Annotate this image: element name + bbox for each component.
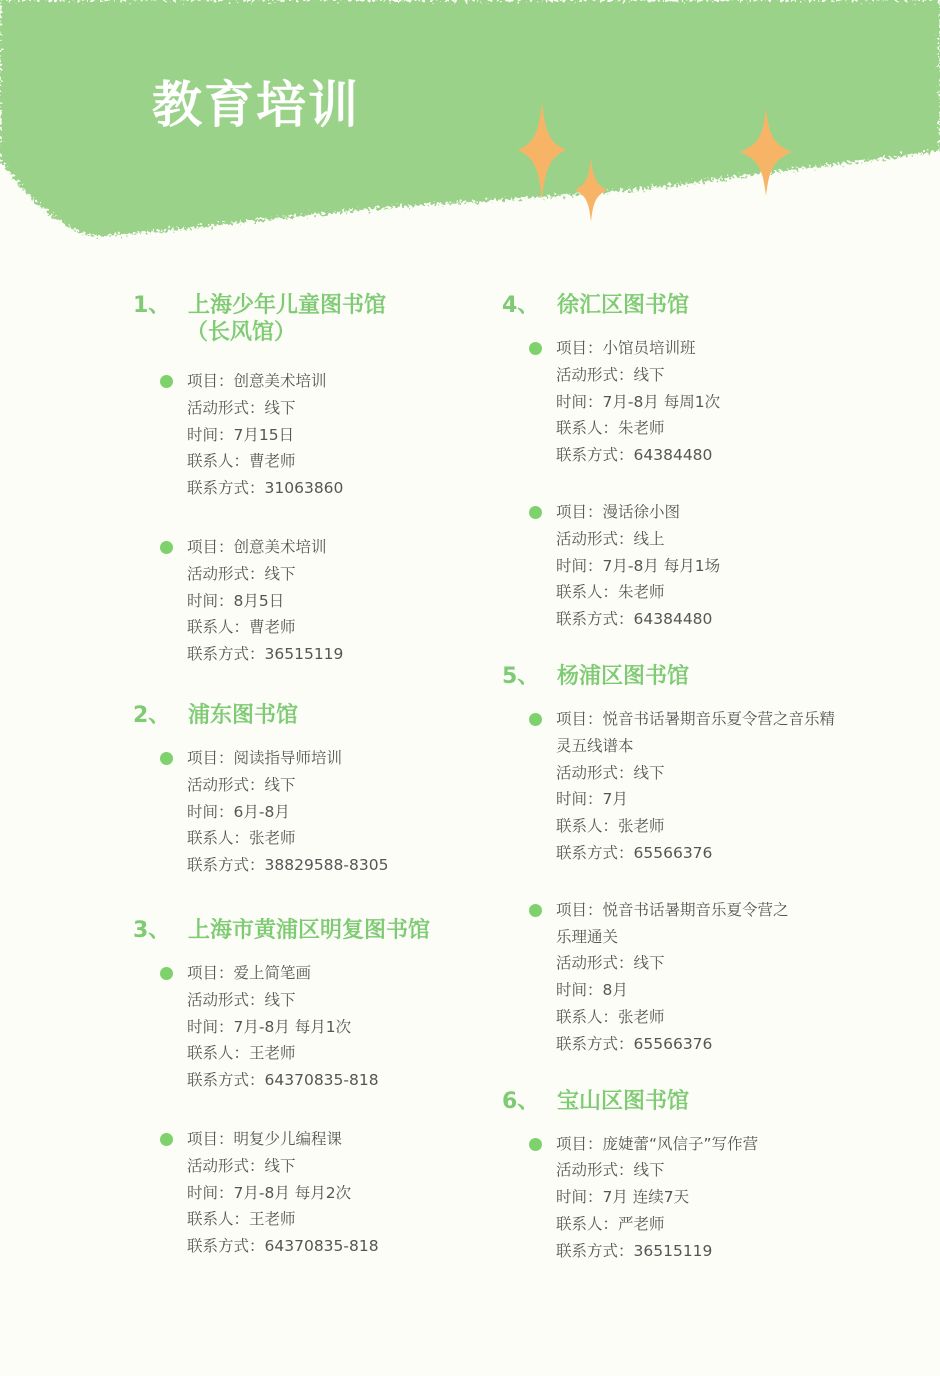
- activity-time: 7月-8月 每月1次: [234, 1018, 352, 1036]
- activity-entry: 项目：创意美术培训 活动形式：线下 时间：8月5日 联系人：曹老师 联系方式：3…: [187, 534, 473, 668]
- activity-entry: 项目：漫话徐小图 活动形式：线上 时间：7月-8月 每月1场 联系人：朱老师 联…: [556, 499, 872, 633]
- project-name: 创意美术培训: [234, 372, 327, 390]
- activity-time: 7月15日: [234, 426, 295, 444]
- contact-phone: 38829588-8305: [265, 856, 389, 874]
- activity-format: 线下: [265, 991, 296, 1009]
- activity-entry: 项目：爱上简笔画 活动形式：线下 时间：7月-8月 每月1次 联系人：王老师 联…: [187, 960, 473, 1094]
- activity-time: 7月: [603, 790, 628, 808]
- contact-person: 曹老师: [249, 452, 296, 470]
- project-name: 小馆员培训班: [603, 339, 696, 357]
- activity-time: 8月5日: [234, 592, 285, 610]
- activity-entry: 项目：悦音书话暑期音乐夏令营之 乐理通关 活动形式：线下 时间：8月 联系人：张…: [556, 897, 872, 1058]
- activity-entry: 项目：庞婕蕾“风信子”写作营 活动形式：线下 时间：7月 连续7天 联系人：严老…: [556, 1131, 872, 1265]
- contact-person: 曹老师: [249, 618, 296, 636]
- section-heading: 3、 上海市黄浦区明复图书馆: [133, 917, 473, 944]
- contact-person: 王老师: [249, 1210, 296, 1228]
- section-title-line2: （长风馆）: [186, 320, 296, 345]
- contact-phone: 64384480: [634, 610, 713, 628]
- contact-phone: 65566376: [634, 1035, 713, 1053]
- bullet-icon: [160, 541, 173, 554]
- bullet-icon: [529, 342, 542, 355]
- section-number: 5、: [502, 663, 557, 690]
- activity-format: 线上: [634, 530, 665, 548]
- activity-entry: 项目：小馆员培训班 活动形式：线下 时间：7月-8月 每周1次 联系人：朱老师 …: [556, 335, 872, 469]
- activity-entry: 项目：悦音书话暑期音乐夏令营之音乐精 灵五线谱本 活动形式：线下 时间：7月 联…: [556, 706, 872, 867]
- activity-time: 7月-8月 每月2次: [234, 1184, 352, 1202]
- activity-time: 6月-8月: [234, 803, 290, 821]
- project-name: 阅读指导师培训: [234, 749, 343, 767]
- library-section: 6、 宝山区图书馆 项目：庞婕蕾“风信子”写作营 活动形式：线下 时间：7月 连…: [502, 1088, 872, 1265]
- activity-format: 线下: [634, 954, 665, 972]
- section-number: 3、: [133, 917, 188, 944]
- library-section: 2、 浦东图书馆 项目：阅读指导师培训 活动形式：线下 时间：6月-8月 联系人…: [133, 702, 473, 879]
- left-column: 1、 上海少年儿童图书馆 （长风馆） 项目：创意美术培训 活动形式：线下 时间：…: [133, 292, 473, 1260]
- library-section: 1、 上海少年儿童图书馆 （长风馆） 项目：创意美术培训 活动形式：线下 时间：…: [133, 292, 473, 668]
- header-banner: 教育培训: [0, 0, 940, 260]
- contact-person: 王老师: [249, 1044, 296, 1062]
- project-name: 悦音书话暑期音乐夏令营之音乐精: [603, 710, 836, 728]
- project-name: 明复少儿编程课: [234, 1130, 343, 1148]
- activity-entry: 项目：明复少儿编程课 活动形式：线下 时间：7月-8月 每月2次 联系人：王老师…: [187, 1126, 473, 1260]
- contact-phone: 65566376: [634, 844, 713, 862]
- section-number: 4、: [502, 292, 557, 319]
- activity-format: 线下: [634, 1161, 665, 1179]
- project-name: 爱上简笔画: [234, 964, 312, 982]
- section-heading: 1、 上海少年儿童图书馆 （长风馆）: [133, 292, 473, 346]
- library-section: 3、 上海市黄浦区明复图书馆 项目：爱上简笔画 活动形式：线下 时间：7月-8月…: [133, 917, 473, 1260]
- contact-phone: 36515119: [265, 645, 344, 663]
- contact-phone: 64384480: [634, 446, 713, 464]
- project-name: 创意美术培训: [234, 538, 327, 556]
- section-heading: 6、 宝山区图书馆: [502, 1088, 872, 1115]
- bullet-icon: [529, 506, 542, 519]
- activity-format: 线下: [634, 366, 665, 384]
- contact-person: 张老师: [618, 817, 665, 835]
- section-title: 上海市黄浦区明复图书馆: [188, 917, 473, 944]
- project-name: 悦音书话暑期音乐夏令营之: [603, 901, 789, 919]
- bullet-icon: [160, 1133, 173, 1146]
- section-heading: 5、 杨浦区图书馆: [502, 663, 872, 690]
- contact-phone: 31063860: [265, 479, 344, 497]
- section-title: 上海少年儿童图书馆: [188, 293, 386, 318]
- section-heading: 2、 浦东图书馆: [133, 702, 473, 729]
- project-name-continued: 灵五线谱本: [556, 733, 872, 760]
- bullet-icon: [160, 375, 173, 388]
- brush-stroke-background: [0, 0, 940, 260]
- activity-format: 线下: [265, 776, 296, 794]
- section-title: 杨浦区图书馆: [557, 663, 872, 690]
- contact-person: 朱老师: [618, 583, 665, 601]
- contact-phone: 36515119: [634, 1242, 713, 1260]
- activity-entry: 项目：阅读指导师培训 活动形式：线下 时间：6月-8月 联系人：张老师 联系方式…: [187, 745, 473, 879]
- activity-time: 7月-8月 每周1次: [603, 393, 721, 411]
- project-name-continued: 乐理通关: [556, 924, 872, 951]
- activity-format: 线下: [265, 1157, 296, 1175]
- right-column: 4、 徐汇区图书馆 项目：小馆员培训班 活动形式：线下 时间：7月-8月 每周1…: [502, 292, 872, 1265]
- bullet-icon: [529, 713, 542, 726]
- project-name: 漫话徐小图: [603, 503, 681, 521]
- activity-time: 8月: [603, 981, 628, 999]
- bullet-icon: [529, 1138, 542, 1151]
- contact-person: 张老师: [249, 829, 296, 847]
- contact-person: 朱老师: [618, 419, 665, 437]
- section-number: 6、: [502, 1088, 557, 1115]
- section-heading: 4、 徐汇区图书馆: [502, 292, 872, 319]
- section-number: 1、: [133, 292, 188, 319]
- activity-format: 线下: [265, 565, 296, 583]
- contact-person: 严老师: [618, 1215, 665, 1233]
- bullet-icon: [160, 967, 173, 980]
- contact-phone: 64370835-818: [265, 1237, 379, 1255]
- activity-time: 7月-8月 每月1场: [603, 557, 721, 575]
- bullet-icon: [529, 904, 542, 917]
- contact-phone: 64370835-818: [265, 1071, 379, 1089]
- activity-time: 7月 连续7天: [603, 1188, 690, 1206]
- section-title: 宝山区图书馆: [557, 1088, 872, 1115]
- page-title: 教育培训: [152, 80, 360, 130]
- activity-format: 线下: [265, 399, 296, 417]
- section-title: 徐汇区图书馆: [557, 292, 872, 319]
- bullet-icon: [160, 752, 173, 765]
- library-section: 4、 徐汇区图书馆 项目：小馆员培训班 活动形式：线下 时间：7月-8月 每周1…: [502, 292, 872, 633]
- activity-format: 线下: [634, 764, 665, 782]
- library-section: 5、 杨浦区图书馆 项目：悦音书话暑期音乐夏令营之音乐精 灵五线谱本 活动形式：…: [502, 663, 872, 1058]
- project-name: 庞婕蕾“风信子”写作营: [603, 1135, 759, 1153]
- section-title: 浦东图书馆: [188, 702, 473, 729]
- activity-entry: 项目：创意美术培训 活动形式：线下 时间：7月15日 联系人：曹老师 联系方式：…: [187, 368, 473, 502]
- contact-person: 张老师: [618, 1008, 665, 1026]
- section-number: 2、: [133, 702, 188, 729]
